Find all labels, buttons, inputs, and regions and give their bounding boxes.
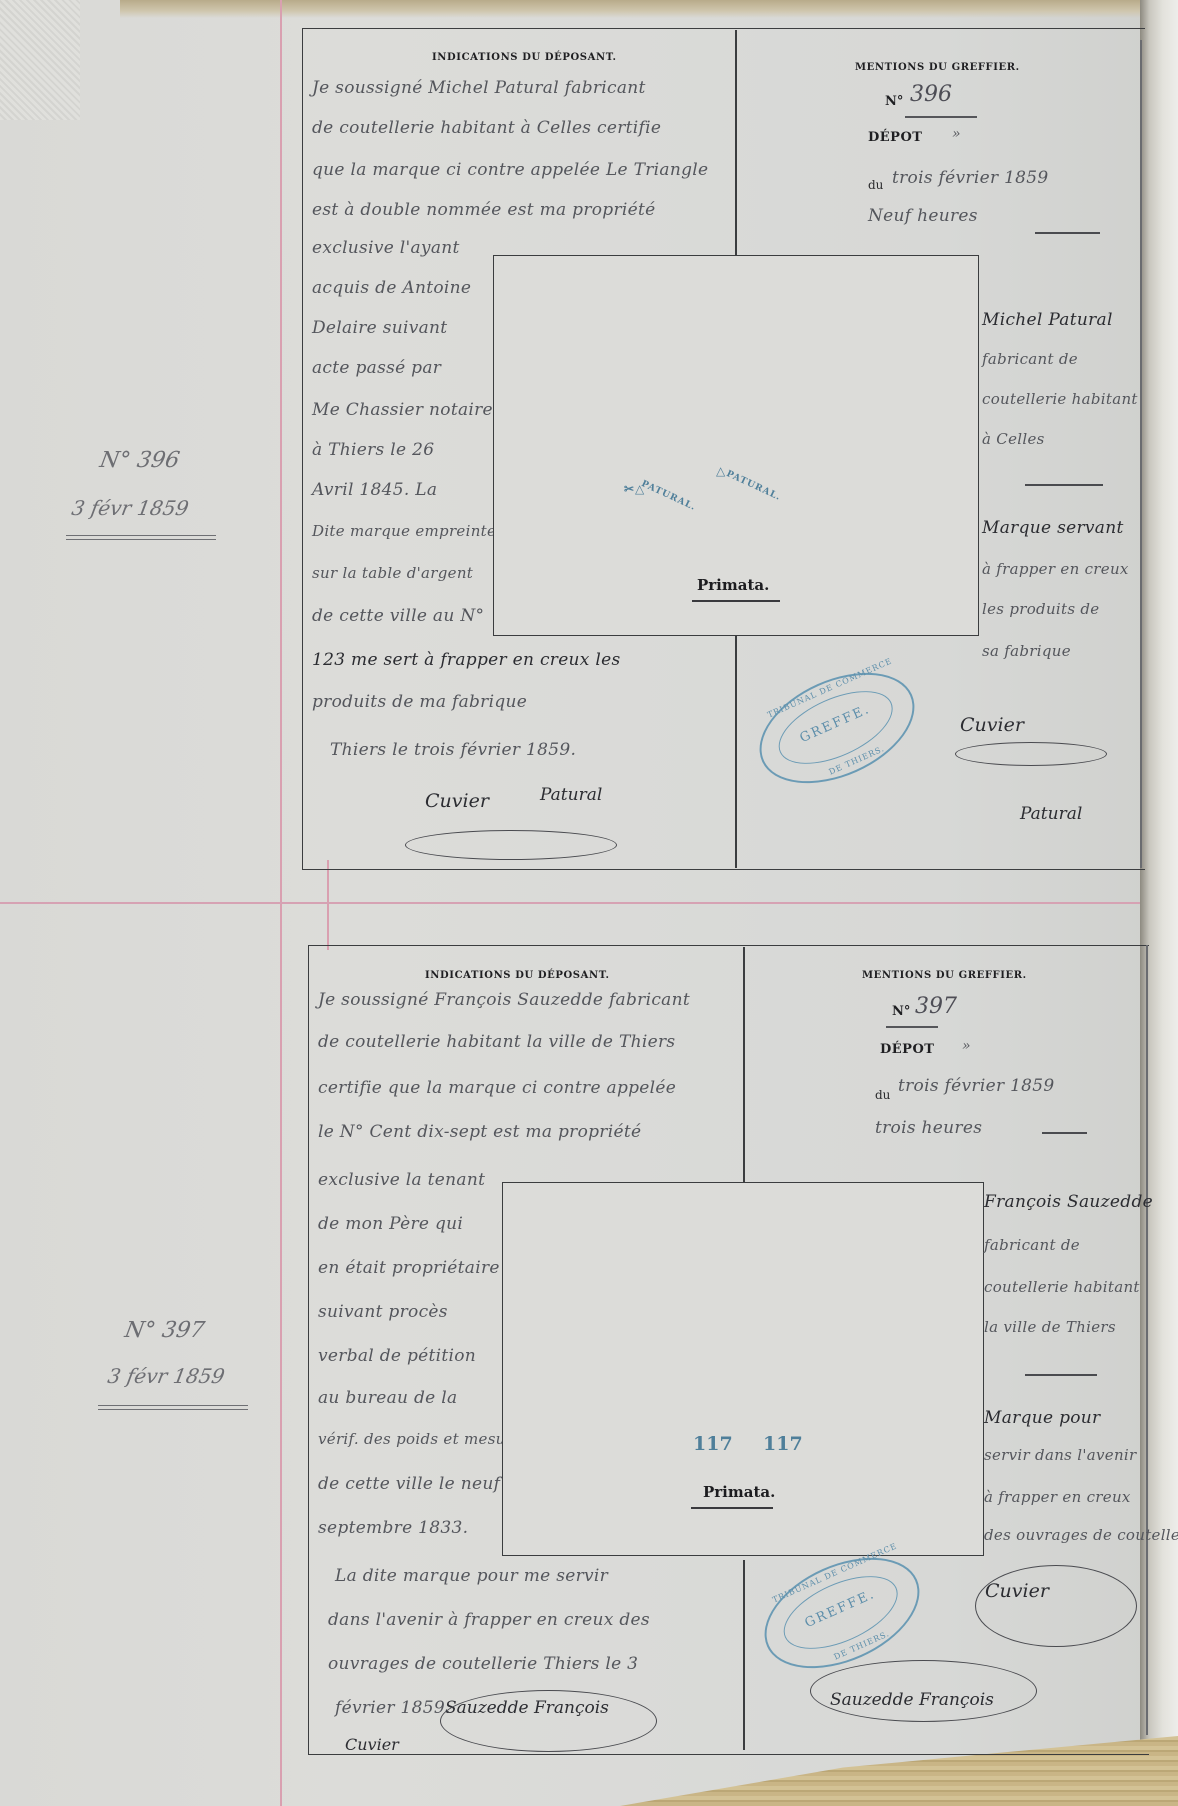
- greffier-note-line: à Celles: [982, 430, 1045, 448]
- header-indications-deposant: INDICATIONS DU DÉPOSANT.: [425, 970, 610, 981]
- declaration-line: verbal de pétition: [318, 1346, 476, 1366]
- declaration-line: exclusive la tenant: [318, 1170, 485, 1190]
- mark-impression-box: PATURAL. PATURAL. ✂△ △ Primata.: [493, 255, 979, 636]
- trademark-number-impression: 117: [763, 1433, 803, 1455]
- declaration-line: en était propriétaire: [318, 1258, 500, 1278]
- register-page: N° 396 3 févr 1859 INDICATIONS DU DÉPOSA…: [0, 0, 1178, 1806]
- column-divider-bottom: [735, 634, 737, 868]
- header-indications-deposant: INDICATIONS DU DÉPOSANT.: [432, 52, 617, 63]
- declaration-line: de cette ville au N°: [312, 606, 484, 626]
- signature-flourish: [440, 1690, 657, 1752]
- greffier-note-line: à frapper en creux: [984, 1488, 1131, 1506]
- depot-label: DÉPOT: [880, 1042, 934, 1057]
- declaration-line: de coutellerie habitant la ville de Thie…: [318, 1032, 675, 1052]
- greffier-note-line: des ouvrages de coutellerie: [984, 1526, 1178, 1544]
- depot-mark: »: [952, 126, 961, 142]
- declaration-line: Delaire suivant: [312, 318, 447, 338]
- greffier-note-line: la ville de Thiers: [984, 1318, 1116, 1336]
- triangle-icon: △: [716, 464, 726, 478]
- signature-deposant-right: Patural: [1020, 804, 1082, 824]
- number-underline: [905, 116, 977, 118]
- declaration-line: à Thiers le 26: [312, 440, 434, 460]
- record-number: 396: [910, 82, 952, 107]
- deposit-date: trois février 1859: [892, 168, 1049, 188]
- declaration-line: Je soussigné François Sauzedde fabricant: [318, 990, 690, 1010]
- declaration-line: ouvrages de coutellerie Thiers le 3: [328, 1654, 638, 1674]
- declaration-line: février 1859.: [335, 1698, 451, 1718]
- greffier-rule-2: [1025, 484, 1103, 486]
- greffier-note-line: fabricant de: [982, 350, 1078, 368]
- declaration-line: septembre 1833.: [318, 1518, 468, 1538]
- signature-flourish: [405, 830, 617, 860]
- declaration-line: le N° Cent dix-sept est ma propriété: [318, 1122, 641, 1142]
- declaration-line: Je soussigné Michel Patural fabricant: [312, 78, 646, 98]
- signature-greffier-right: Cuvier: [960, 714, 1024, 736]
- declaration-line: que la marque ci contre appelée Le Trian…: [312, 160, 708, 180]
- greffier-note-line: les produits de: [982, 600, 1099, 618]
- mark-caption-underline: [691, 1507, 773, 1509]
- greffier-note-line: coutellerie habitant: [982, 390, 1138, 408]
- signature-greffier: Cuvier: [345, 1735, 399, 1754]
- trademark-number-impression: 117: [693, 1433, 733, 1455]
- declaration-line: de coutellerie habitant à Celles certifi…: [312, 118, 661, 138]
- deposit-hour: Neuf heures: [868, 206, 978, 226]
- declaration-line: de mon Père qui: [318, 1214, 463, 1234]
- column-divider-top: [743, 947, 745, 1182]
- mark-impression-box: 117 117 Primata.: [502, 1182, 984, 1556]
- declaration-line: dans l'avenir à frapper en creux des: [328, 1610, 650, 1630]
- margin-note-date: 3 févr 1859: [106, 1364, 227, 1388]
- declaration-line: Me Chassier notaire: [312, 400, 493, 420]
- greffier-note-line: sa fabrique: [982, 642, 1071, 660]
- signature-greffier: Cuvier: [425, 790, 489, 812]
- number-underline: [886, 1026, 938, 1028]
- signature-flourish: [955, 742, 1107, 766]
- declaration-line: est à double nommée est ma propriété: [312, 200, 655, 220]
- mark-caption: Primata.: [697, 576, 769, 594]
- greffier-note-line: coutellerie habitant: [984, 1278, 1140, 1296]
- greffier-rule-1: [1035, 232, 1100, 234]
- depot-label: DÉPOT: [868, 130, 922, 145]
- declaration-line: acte passé par: [312, 358, 441, 378]
- margin-note-underline: [98, 1405, 248, 1410]
- triangle-scissors-icon: ✂△: [624, 482, 645, 496]
- greffier-note-line: servir dans l'avenir: [984, 1446, 1136, 1464]
- greffier-rule-2: [1025, 1374, 1097, 1376]
- number-label-text: N°: [892, 1004, 910, 1019]
- column-divider-bottom: [743, 1560, 745, 1750]
- number-label-text: N°: [885, 94, 903, 109]
- signature-deposant: Patural: [540, 785, 602, 805]
- declaration-line: Avril 1845. La: [312, 480, 437, 500]
- declaration-line: certifie que la marque ci contre appelée: [318, 1078, 676, 1098]
- frame-right-edge: [1146, 945, 1148, 1735]
- greffier-note-line: Marque servant: [982, 518, 1124, 538]
- greffier-note-line: Michel Patural: [982, 310, 1113, 330]
- declaration-line: exclusive l'ayant: [312, 238, 460, 258]
- scan-artifact: [0, 0, 80, 120]
- column-divider-top: [735, 30, 737, 255]
- depot-mark: »: [962, 1038, 971, 1054]
- declaration-line: 123 me sert à frapper en creux les: [312, 650, 621, 670]
- greffier-note-line: fabricant de: [984, 1236, 1080, 1254]
- page-top-edge: [120, 0, 1178, 18]
- margin-note-number: N° 396: [98, 448, 182, 473]
- trademark-triangle-impression: PATURAL.: [725, 469, 783, 503]
- declaration-line: vérif. des poids et mesures: [318, 1430, 530, 1448]
- margin-note-date: 3 févr 1859: [70, 496, 191, 520]
- du-label: du: [875, 1088, 890, 1102]
- mark-caption: Primata.: [703, 1483, 775, 1501]
- record-separator-rule: [0, 902, 1140, 904]
- signature-flourish: [810, 1660, 1037, 1722]
- margin-rule-red-short: [327, 860, 329, 950]
- greffier-note-line: à frapper en creux: [982, 560, 1129, 578]
- deposit-hour: trois heures: [875, 1118, 982, 1138]
- margin-note-underline: [66, 535, 216, 540]
- greffier-note-line: Marque pour: [984, 1408, 1100, 1428]
- declaration-line: Thiers le trois février 1859.: [330, 740, 576, 760]
- du-label: du: [868, 178, 883, 192]
- declaration-line: acquis de Antoine: [312, 278, 471, 298]
- greffier-rule-1: [1042, 1132, 1087, 1134]
- declaration-line: La dite marque pour me servir: [335, 1566, 608, 1586]
- record-number: 397: [915, 994, 957, 1019]
- trademark-triangle-impression: PATURAL.: [640, 479, 698, 513]
- mark-caption-underline: [692, 600, 780, 602]
- frame-right-edge: [1140, 40, 1142, 868]
- signature-flourish: [975, 1565, 1137, 1647]
- declaration-line: produits de ma fabrique: [312, 692, 527, 712]
- declaration-line: sur la table d'argent: [312, 564, 473, 582]
- margin-note-number: N° 397: [123, 1318, 207, 1343]
- declaration-line: de cette ville le neuf: [318, 1474, 500, 1494]
- declaration-line: Dite marque empreinte: [312, 522, 496, 540]
- declaration-line: au bureau de la: [318, 1388, 457, 1408]
- greffier-note-line: François Sauzedde: [984, 1192, 1153, 1212]
- header-mentions-greffier: MENTIONS DU GREFFIER.: [862, 970, 1027, 981]
- header-mentions-greffier: MENTIONS DU GREFFIER.: [855, 62, 1020, 73]
- declaration-line: suivant procès: [318, 1302, 448, 1322]
- deposit-date: trois février 1859: [898, 1076, 1055, 1096]
